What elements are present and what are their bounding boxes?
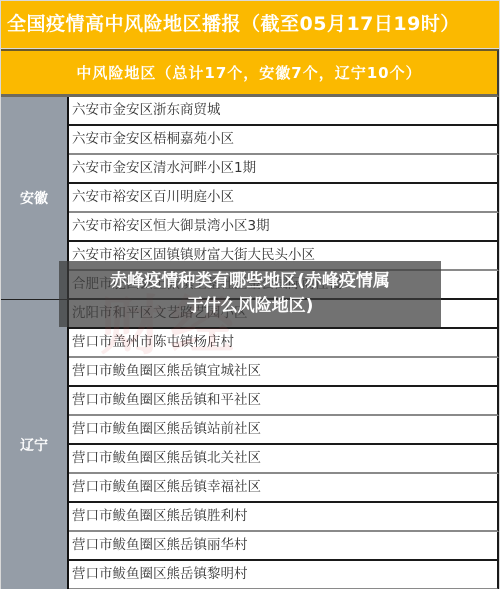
table-row: 营口市鲅鱼圈区熊岳镇黎明村 xyxy=(69,561,499,589)
caption-line-1: 赤峰疫情种类有哪些地区(赤峰疫情属 xyxy=(59,269,441,294)
area-list: 沈阳市和平区文艺路艺园小区 营口市盖州市陈屯镇杨店村 营口市鲅鱼圈区熊岳镇宜城社… xyxy=(69,300,499,589)
table-row: 营口市盖州市陈屯镇杨店村 xyxy=(69,329,499,358)
province-group-liaoning: 辽宁 沈阳市和平区文艺路艺园小区 营口市盖州市陈屯镇杨店村 营口市鲅鱼圈区熊岳镇… xyxy=(1,300,499,589)
caption-line-2: 于什么风险地区) xyxy=(59,294,441,319)
page-title: 全国疫情高中风险地区播报（截至05月17日19时） xyxy=(1,1,499,48)
table-subtitle: 中风险地区（总计17个，安徽7个，辽宁10个） xyxy=(1,49,499,97)
table-row: 营口市鲅鱼圈区熊岳镇北关社区 xyxy=(69,445,499,474)
table-row: 六安市裕安区百川明庭小区 xyxy=(69,184,499,213)
table-row: 营口市鲅鱼圈区熊岳镇站前社区 xyxy=(69,416,499,445)
table-row: 六安市金安区清水河畔小区1期 xyxy=(69,155,499,184)
table-row: 营口市鲅鱼圈区熊岳镇宜城社区 xyxy=(69,358,499,387)
table-row: 六安市金安区浙东商贸城 xyxy=(69,97,499,126)
table-row: 营口市鲅鱼圈区熊岳镇和平社区 xyxy=(69,387,499,416)
table-row: 营口市鲅鱼圈区熊岳镇胜利村 xyxy=(69,503,499,532)
risk-area-table: 安徽 六安市金安区浙东商贸城 六安市金安区梧桐嘉苑小区 六安市金安区清水河畔小区… xyxy=(1,97,499,589)
table-row: 六安市金安区梧桐嘉苑小区 xyxy=(69,126,499,155)
province-cell: 辽宁 xyxy=(1,300,69,589)
table-row: 六安市裕安区恒大御景湾小区3期 xyxy=(69,213,499,242)
table-row: 营口市鲅鱼圈区熊岳镇幸福社区 xyxy=(69,474,499,503)
article-caption-overlay: 赤峰疫情种类有哪些地区(赤峰疫情属 于什么风险地区) xyxy=(59,261,441,327)
table-row: 营口市鲅鱼圈区熊岳镇丽华村 xyxy=(69,532,499,561)
